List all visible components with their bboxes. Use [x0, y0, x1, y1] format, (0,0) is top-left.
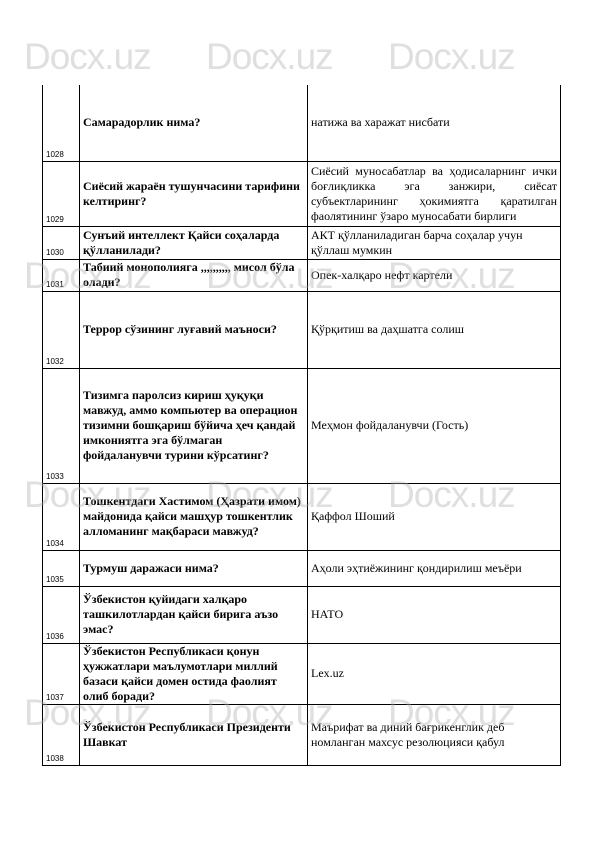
answer-cell: Қўрқитиш ва даҳшатга солиш: [308, 291, 561, 368]
row-number: 1036: [43, 586, 80, 643]
question-cell: Сунъий интеллект Қайси соҳаларда қўллани…: [80, 226, 308, 259]
answer-cell: натижа ва харажат нисбати: [308, 85, 561, 161]
table-row: 1037 Ўзбекистон Республикаси қонун ҳужжа…: [43, 643, 561, 704]
table-row: 1033 Тизимга паролсиз кириш ҳуқуқи мавжу…: [43, 368, 561, 483]
answer-cell: НАТО: [308, 586, 561, 643]
row-number: 1029: [43, 161, 80, 226]
answer-cell: Lex.uz: [308, 643, 561, 704]
question-cell: Тизимга паролсиз кириш ҳуқуқи мавжуд, ам…: [80, 368, 308, 483]
question-cell: Турмуш даражаси нима?: [80, 550, 308, 586]
question-cell: Ўзбекистон қуйидаги халқаро ташкилотлард…: [80, 586, 308, 643]
question-cell: Тошкентдаги Хастимом (Ҳазрати имом) майд…: [80, 483, 308, 550]
question-cell: Ўзбекистон Республикаси қонун ҳужжатлари…: [80, 643, 308, 704]
question-cell: Сиёсий жараён тушунчасини тарифини келти…: [80, 161, 308, 226]
table-row: 1029 Сиёсий жараён тушунчасини тарифини …: [43, 161, 561, 226]
answer-cell: Меҳмон фойдаланувчи (Гость): [308, 368, 561, 483]
watermark: Docx.uz: [388, 36, 515, 78]
question-answer-table: 1028 Самарадорлик нима? натижа ва хаража…: [42, 85, 561, 766]
table-row: 1032 Террор сўзининг луғавий маъноси? Қў…: [43, 291, 561, 368]
row-number: 1035: [43, 550, 80, 586]
answer-cell: Сиёсий муносабатлар ва ҳодисаларнинг ичк…: [308, 161, 561, 226]
watermark: Docx.uz: [24, 36, 151, 78]
answer-cell: АКТ қўлланиладиган барча соҳалар учун қў…: [308, 226, 561, 259]
row-number: 1028: [43, 85, 80, 161]
table-row: 1031 Табиий монополияга ,,,,,,,,,, мисол…: [43, 259, 561, 291]
question-cell: Террор сўзининг луғавий маъноси?: [80, 291, 308, 368]
answer-cell: Аҳоли эҳтиёжининг қондирилиш меъёри: [308, 550, 561, 586]
row-number: 1037: [43, 643, 80, 704]
row-number: 1033: [43, 368, 80, 483]
answer-cell: Маърифат ва диний бағрикенглик деб номла…: [308, 704, 561, 765]
question-cell: Самарадорлик нима?: [80, 85, 308, 161]
answer-cell: Опек-халқаро нефт картели: [308, 259, 561, 291]
table-row: 1038 Ўзбекистон Республикаси Президенти …: [43, 704, 561, 765]
table-row: 1028 Самарадорлик нима? натижа ва хаража…: [43, 85, 561, 161]
document-page: Docx.uz Docx.uz Docx.uz Docx.uz Docx.uz …: [0, 0, 595, 842]
table-row: 1035 Турмуш даражаси нима? Аҳоли эҳтиёжи…: [43, 550, 561, 586]
row-number: 1034: [43, 483, 80, 550]
row-number: 1031: [43, 259, 80, 291]
table-row: 1036 Ўзбекистон қуйидаги халқаро ташкило…: [43, 586, 561, 643]
table-row: 1034 Тошкентдаги Хастимом (Ҳазрати имом)…: [43, 483, 561, 550]
row-number: 1030: [43, 226, 80, 259]
row-number: 1032: [43, 291, 80, 368]
question-cell: Табиий монополияга ,,,,,,,,,, мисол бўла…: [80, 259, 308, 291]
table-row: 1030 Сунъий интеллект Қайси соҳаларда қў…: [43, 226, 561, 259]
watermark: Docx.uz: [206, 36, 333, 78]
row-number: 1038: [43, 704, 80, 765]
answer-cell: Қаффол Шоший: [308, 483, 561, 550]
question-cell: Ўзбекистон Республикаси Президенти Шавка…: [80, 704, 308, 765]
